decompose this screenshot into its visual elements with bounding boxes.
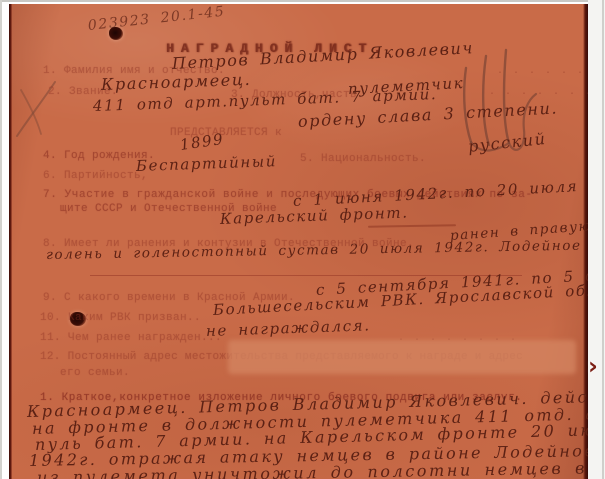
field-value-war-dates: с 1 июня 1942г. по 20 июля 1942г, (293, 173, 588, 210)
punch-hole-top (109, 27, 123, 40)
paper-left-edge-shadow (9, 4, 12, 479)
field-value-party: Беспартийный (136, 152, 278, 175)
redaction-blur-strip (228, 340, 576, 374)
chevron-right-icon[interactable]: › (582, 352, 604, 380)
scan-top-border (0, 0, 605, 2)
field-label-nationality: 5. Национальность. (300, 153, 426, 165)
dotted-leader-name: . . . . . . (497, 66, 585, 77)
underline-stroke-front (368, 224, 456, 228)
scanned-award-document-page: { "viewer": { "next_label": "›" }, "doc"… (0, 0, 605, 479)
field-label-previous-awards: 11. Чем ранее награжден... (40, 332, 222, 344)
document-paper: 023923 20.1-45 НАГРАДНОЙ ЛИСТ. 1. Фамили… (9, 4, 588, 479)
field-value-rank: Красноармеец. (101, 70, 252, 94)
scan-left-border (0, 0, 2, 479)
registration-stamp-number: 023923 20.1-45 (87, 4, 226, 34)
dotted-leader-rank: . . . . . . . (489, 87, 588, 98)
field-label-rvk: 10. Каким РВК призван.. (40, 312, 201, 324)
field-label-party: 6. Партийность, (43, 170, 148, 182)
field-label-address-line2: его семьи. (60, 367, 130, 379)
scan-right-border (602, 0, 604, 479)
field-value-previous-awards: не награждался. (206, 316, 371, 340)
